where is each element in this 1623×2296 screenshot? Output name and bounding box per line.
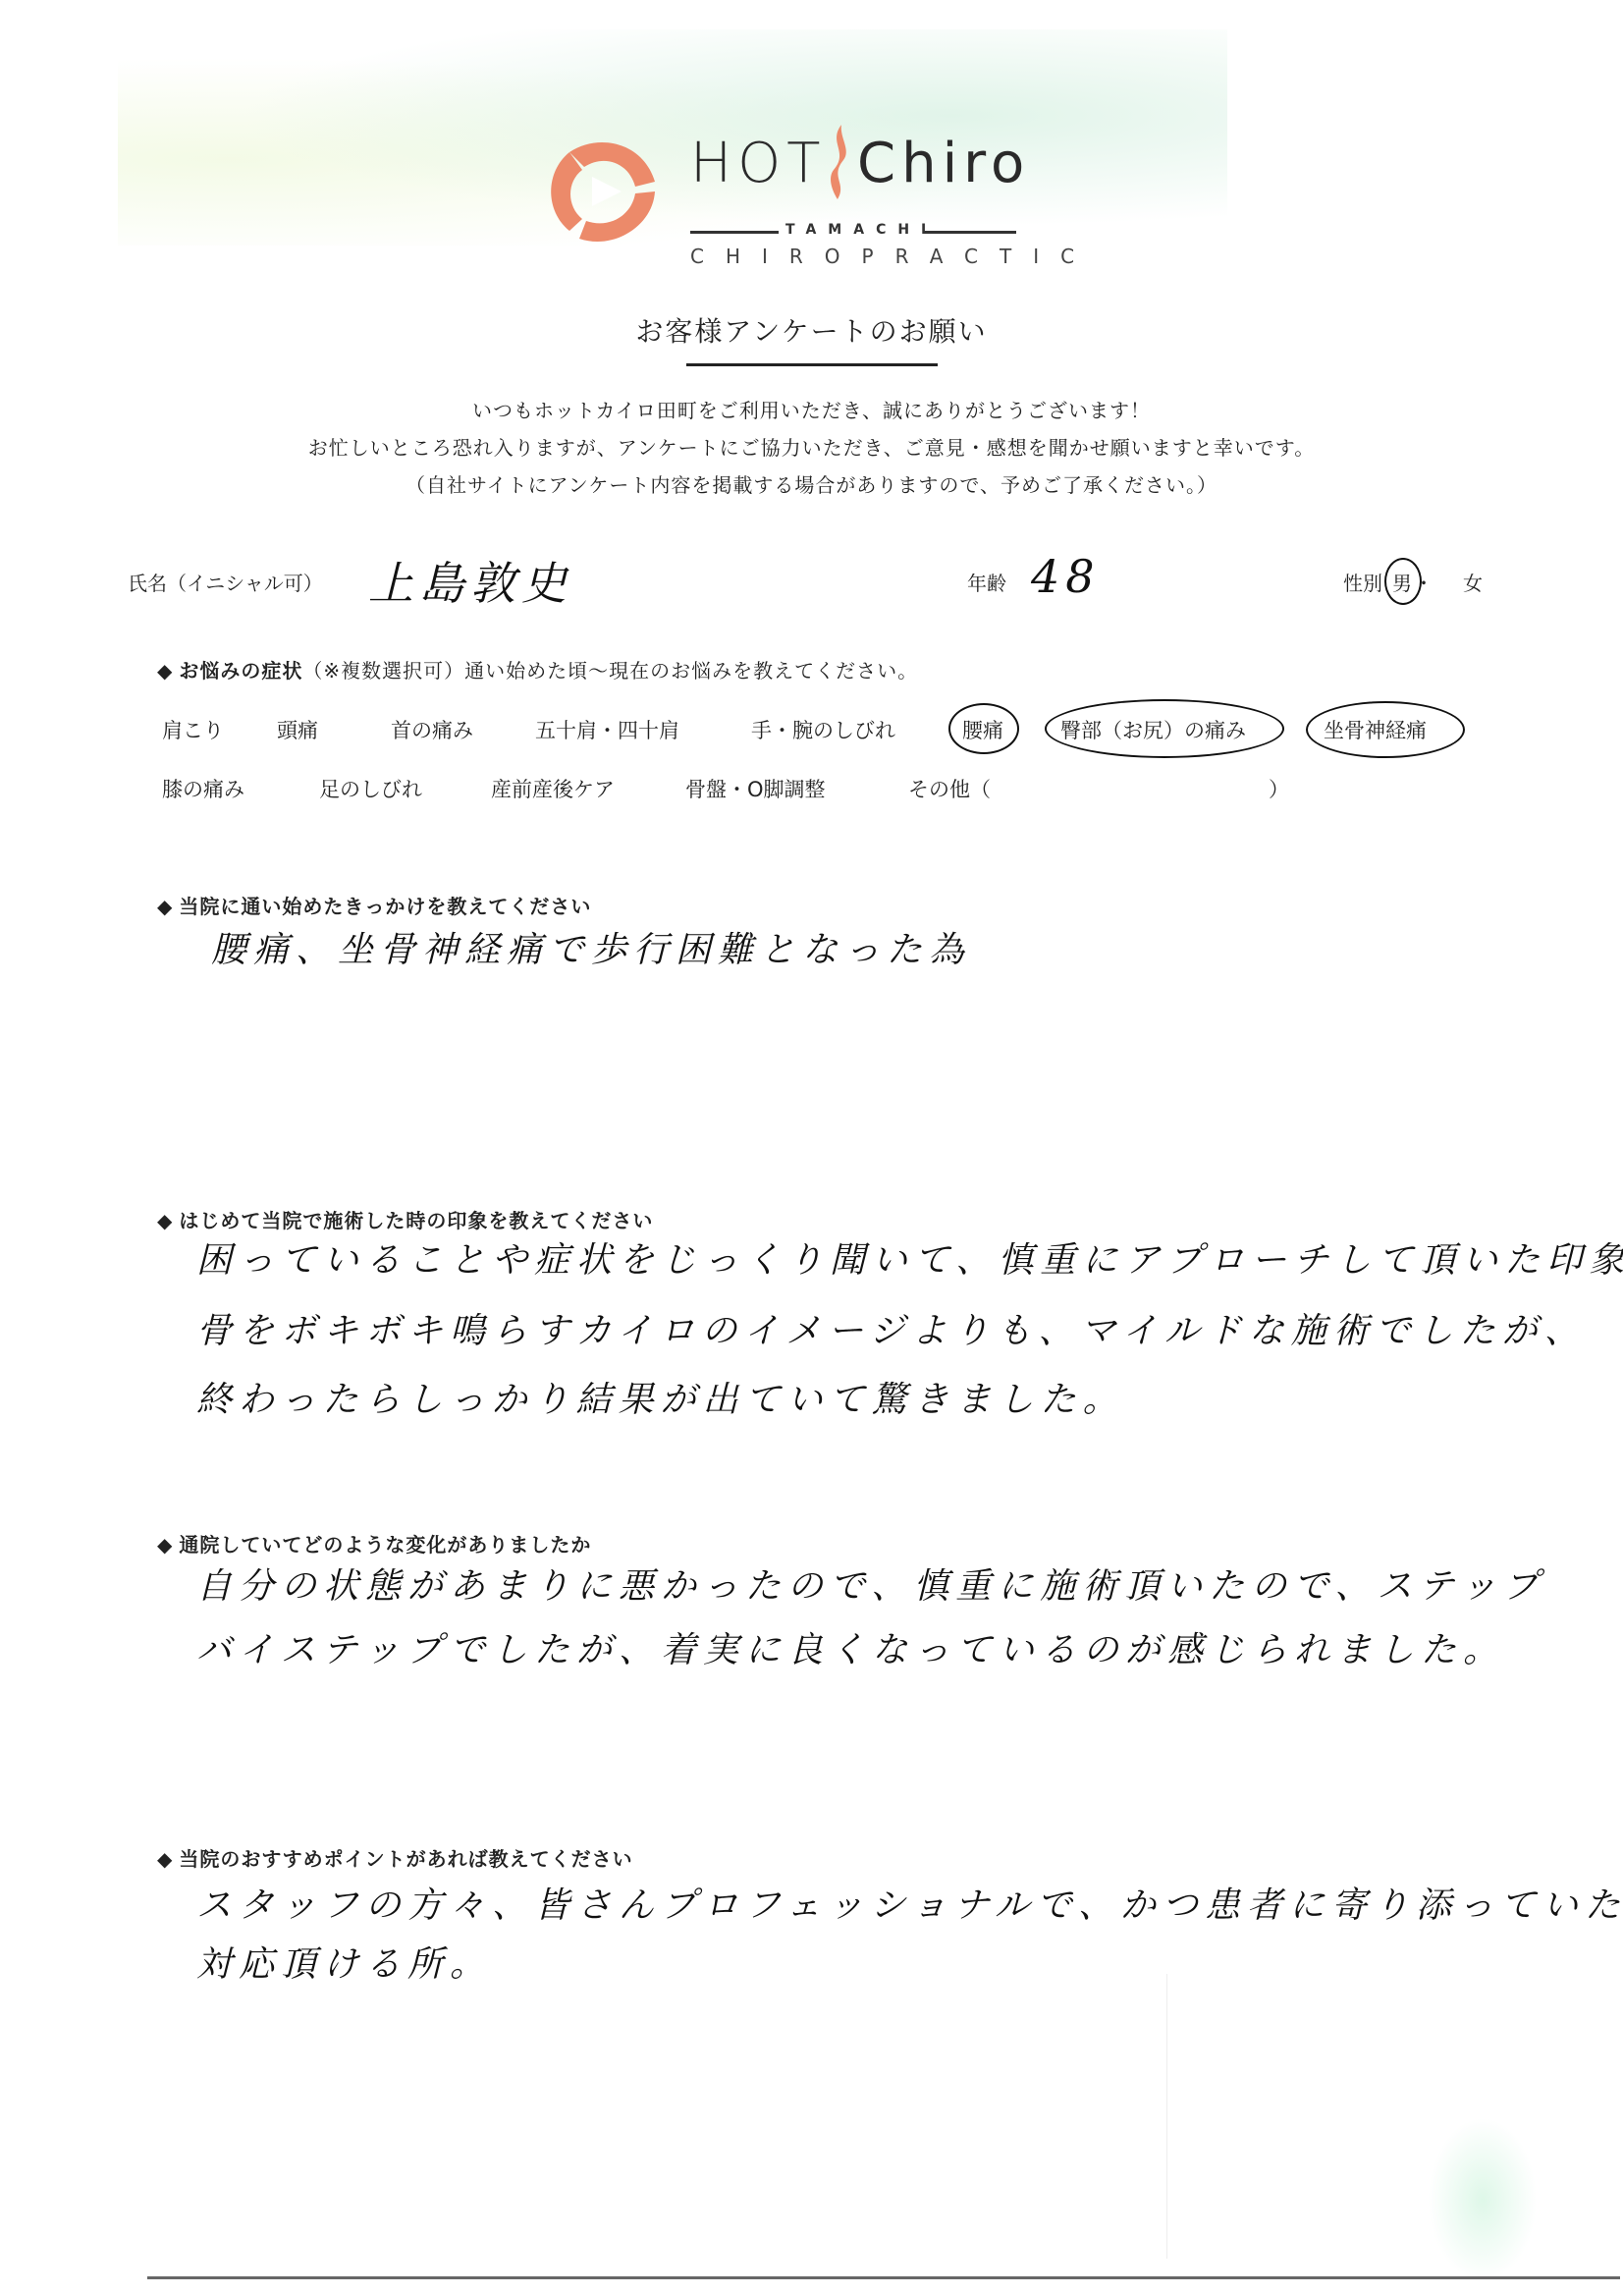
logo-rule xyxy=(690,231,779,234)
logo-subtitle: CHIROPRACTIC xyxy=(690,245,1096,268)
bullet-diamond-icon: ◆ xyxy=(157,1847,173,1871)
gender-label: 性別 xyxy=(1343,568,1382,596)
answer-text[interactable]: スタッフの方々、皆さんプロフェッショナルで、かつ患者に寄り添っていただいて xyxy=(196,1881,1623,1932)
question-heading: ◆通院していてどのような変化がありましたか xyxy=(157,1529,591,1558)
answer-text[interactable]: 終わったらしっかり結果が出ていて驚きました。 xyxy=(196,1375,1125,1426)
symptom-checkbox[interactable]: 産前産後ケア xyxy=(491,774,615,803)
logo-rule xyxy=(923,231,1016,234)
intro-line: （自社サイトにアンケート内容を掲載する場合がありますので、予めご了承ください。） xyxy=(0,469,1623,498)
answer-text[interactable]: 困っていることや症状をじっくり聞いて、慎重にアプローチして頂いた印象。 xyxy=(196,1235,1623,1286)
intro-line: いつもホットカイロ田町をご利用いただき、誠にありがとうございます！ xyxy=(0,395,1623,423)
question-heading: ◆当院に通い始めたきっかけを教えてください xyxy=(157,891,591,919)
age-field[interactable]: 48 xyxy=(1031,550,1101,603)
answer-text[interactable]: 自分の状態があまりに悪かったので、慎重に施術頂いたので、ステップ xyxy=(196,1561,1545,1613)
page-edge xyxy=(147,2276,1620,2279)
selection-circle xyxy=(1306,701,1465,758)
gender-option-female[interactable]: 女 xyxy=(1463,568,1483,596)
answer-text[interactable]: 対応頂ける所。 xyxy=(196,1940,492,1991)
answer-text[interactable]: バイステップでしたが、着実に良くなっているのが感じられました。 xyxy=(196,1625,1505,1676)
age-label: 年齢 xyxy=(967,568,1006,596)
bullet-diamond-icon: ◆ xyxy=(157,895,173,918)
question-heading: ◆はじめて当院で施術した時の印象を教えてください xyxy=(157,1205,653,1233)
symptom-checkbox[interactable]: 頭痛 xyxy=(277,715,318,744)
selection-circle xyxy=(948,703,1019,754)
brand-name-hot: HOT xyxy=(690,135,826,193)
gender-separator: ・ xyxy=(1414,568,1434,596)
symptom-checkbox[interactable]: 骨盤・O脚調整 xyxy=(685,774,826,803)
hands-logo-icon xyxy=(545,133,663,250)
intro-line: お忙しいところ恐れ入りますが、アンケートにご協力いただき、ご意見・感想を聞かせ願… xyxy=(0,432,1623,461)
flame-icon xyxy=(820,123,855,201)
name-field[interactable]: 上島敦史 xyxy=(368,548,572,613)
brand-name-chiro: Chiro xyxy=(857,135,1030,193)
background-wash xyxy=(1424,2111,1542,2288)
symptom-checkbox[interactable]: 手・腕のしびれ xyxy=(751,715,895,744)
other-close-paren: ） xyxy=(1269,774,1289,803)
symptom-checkbox[interactable]: 肩こり xyxy=(162,715,224,744)
name-label: 氏名（イニシャル可） xyxy=(128,568,323,596)
scan-artifact-line xyxy=(1166,1974,1167,2259)
logo-location: TAMACHI xyxy=(785,222,938,238)
symptom-checkbox[interactable]: 膝の痛み xyxy=(162,774,244,803)
symptom-checkbox[interactable]: 足のしびれ xyxy=(319,774,422,803)
other-symptom-input[interactable] xyxy=(1026,774,1262,801)
bullet-diamond-icon: ◆ xyxy=(157,659,173,683)
symptoms-heading: ◆お悩みの症状（※複数選択可）通い始めた頃〜現在のお悩みを教えてください。 xyxy=(157,655,918,683)
page-title: お客様アンケートのお願い xyxy=(0,310,1623,350)
bullet-diamond-icon: ◆ xyxy=(157,1209,173,1232)
clinic-logo: HOT Chiro TAMACHI CHIROPRACTIC xyxy=(545,123,1075,255)
symptoms-note: （※複数選択可）通い始めた頃〜現在のお悩みを教えてください。 xyxy=(302,659,918,683)
symptom-checkbox[interactable]: 五十肩・四十肩 xyxy=(535,715,679,744)
answer-text[interactable]: 腰痛、坐骨神経痛で歩行困難となった為 xyxy=(211,925,971,976)
title-underline xyxy=(686,363,938,366)
symptom-other[interactable]: その他（ xyxy=(908,774,991,803)
question-heading: ◆当院のおすすめポイントがあれば教えてください xyxy=(157,1843,633,1872)
answer-text[interactable]: 骨をボキボキ鳴らすカイロのイメージよりも、マイルドな施術でしたが、 xyxy=(196,1306,1587,1357)
symptom-checkbox[interactable]: 首の痛み xyxy=(391,715,473,744)
selection-circle xyxy=(1045,699,1284,758)
bullet-diamond-icon: ◆ xyxy=(157,1533,173,1557)
